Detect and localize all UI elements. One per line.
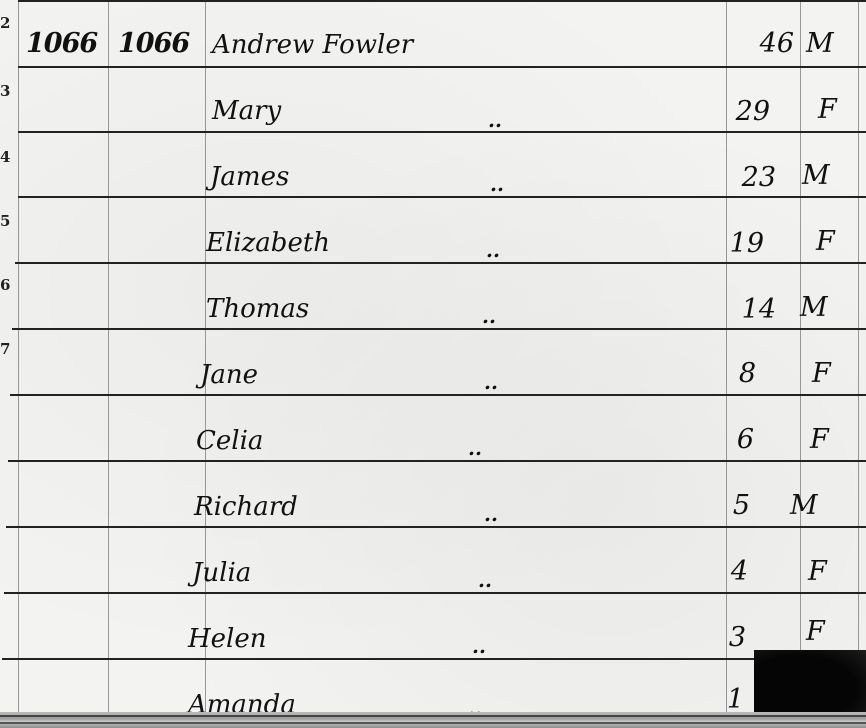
row-rule <box>18 196 866 198</box>
row-rule <box>18 66 866 68</box>
ditto-mark: .. <box>484 370 498 394</box>
person-name: Julia <box>192 558 251 588</box>
person-sex: F <box>810 424 829 455</box>
line-number: 4 <box>0 148 14 166</box>
person-sex: M <box>790 490 818 521</box>
column-rule-age <box>800 0 801 728</box>
ditto-mark: .. <box>468 436 482 460</box>
person-age: 5 <box>680 490 750 521</box>
person-age: 3 <box>676 622 746 653</box>
person-sex: F <box>808 556 827 587</box>
top-rule <box>18 0 866 2</box>
ditto-mark: .. <box>472 634 486 658</box>
person-age: 1 <box>674 684 744 715</box>
row-rule <box>2 658 866 660</box>
person-sex: M <box>802 160 830 191</box>
ditto-mark: .. <box>484 502 498 526</box>
row-rule <box>8 460 866 462</box>
ditto-mark: .. <box>490 172 504 196</box>
person-name: James <box>210 162 289 192</box>
person-sex: F <box>812 358 831 389</box>
person-age: 23 <box>706 162 776 193</box>
row-rule <box>15 262 866 264</box>
page-bottom-edge <box>0 712 866 728</box>
line-number: 2 <box>0 14 14 32</box>
ditto-mark: .. <box>478 568 492 592</box>
line-number: 5 <box>0 212 14 230</box>
person-sex: F <box>816 226 835 257</box>
person-sex: M <box>800 292 828 323</box>
person-age: 46 <box>724 28 794 59</box>
person-sex: F <box>818 94 837 125</box>
row-rule <box>4 592 866 594</box>
person-age: 14 <box>706 294 776 325</box>
person-age: 19 <box>694 228 764 259</box>
person-name: Elizabeth <box>206 228 330 258</box>
person-name: Thomas <box>206 294 309 324</box>
row-rule <box>10 394 866 396</box>
person-sex: F <box>806 616 825 647</box>
person-sex: M <box>806 28 834 59</box>
person-age: 29 <box>700 96 770 127</box>
line-number: 6 <box>0 276 14 294</box>
row-rule <box>12 328 866 330</box>
dwelling-number: 1066 <box>26 28 97 59</box>
ditto-mark: .. <box>482 304 496 328</box>
person-name: Celia <box>196 426 263 456</box>
ditto-mark: .. <box>486 238 500 262</box>
family-number: 1066 <box>118 28 189 59</box>
person-name: Andrew Fowler <box>212 30 413 60</box>
person-age: 4 <box>678 556 748 587</box>
person-age: 8 <box>686 358 756 389</box>
line-number: 3 <box>0 82 14 100</box>
census-sheet: 2 3 4 5 6 7 1066 1066 Andrew Fowler Mary… <box>0 0 866 728</box>
line-number: 7 <box>0 340 14 358</box>
person-age: 6 <box>684 424 754 455</box>
person-name: Helen <box>188 624 267 654</box>
person-name: Mary <box>212 96 281 126</box>
person-name: Richard <box>194 492 298 522</box>
row-rule <box>18 131 866 133</box>
row-rule <box>6 526 866 528</box>
ditto-mark: .. <box>488 108 502 132</box>
column-rule-sex <box>858 0 859 728</box>
person-name: Jane <box>200 360 258 390</box>
column-rule-linenum <box>18 0 19 728</box>
column-rule-dwelling <box>108 0 109 728</box>
